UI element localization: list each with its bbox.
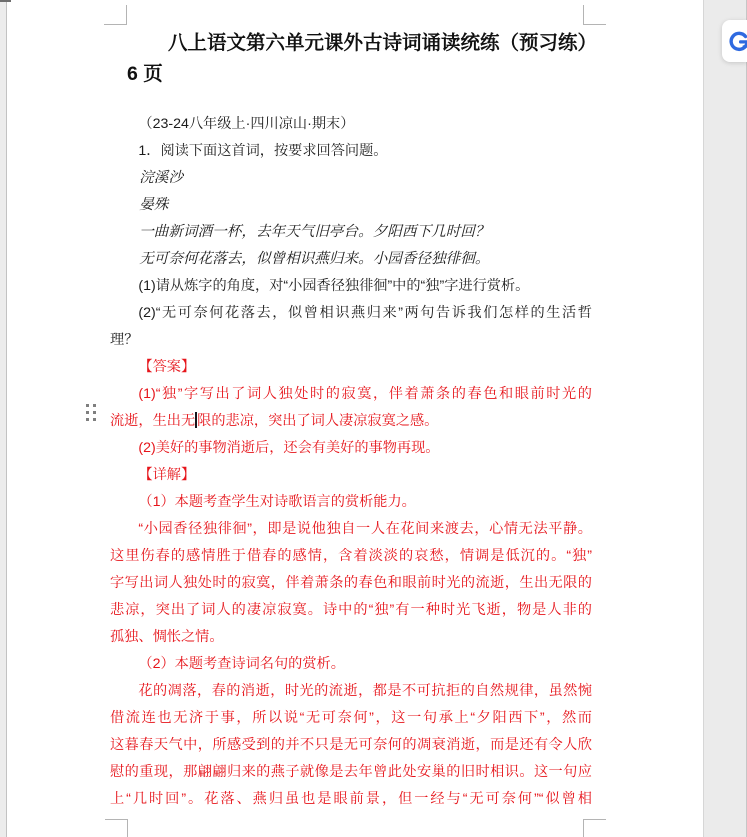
text-line: 浣溪沙 <box>110 165 592 192</box>
text-line: (1)请从炼字的角度，对“小园香径独徘徊”中的“独”字进行赏析。 <box>110 273 592 300</box>
text-line: (2)美好的事物消逝后，还会有美好的事物再现。 <box>110 435 592 462</box>
word-document-view: 八上语文第六单元课外古诗词诵读统练（预习练） 6 页 （23-24八年级上·四川… <box>0 0 747 837</box>
text-line: 无可奈何花落去，似曾相识燕归来。小园香径独徘徊。 <box>110 246 592 273</box>
text-line: 理？ <box>110 327 592 354</box>
text-line: 【详解】 <box>110 462 592 489</box>
text-line: 花的凋落，春的消逝，时光的流逝，都是不可抗拒的自然规律，虽然惋 <box>110 678 592 705</box>
extension-floating-button[interactable] <box>722 20 747 62</box>
text-line: 1．阅读下面这首词，按要求回答问题。 <box>110 138 592 165</box>
text-line: (1)“独”字写出了词人独处时的寂寞，伴着萧条的春色和眼前时光的 <box>110 381 592 408</box>
text-line: 孤独、惆怅之情。 <box>110 624 592 651</box>
text-line: 这暮春天气中，所感受到的并不只是无可奈何的凋衰消逝，而是还有令人欣 <box>110 732 592 759</box>
margin-mark-top-left-icon <box>104 5 127 25</box>
text-line: 一曲新词酒一杯，去年天气旧亭台。夕阳西下几时回？ <box>110 219 592 246</box>
text-line: “小园香径独徘徊”，即是说他独自一人在花间来渡去，心情无法平静。 <box>110 516 592 543</box>
text-line: 【答案】 <box>110 354 592 381</box>
text-line: （1）本题考查学生对诗歌语言的赏析能力。 <box>110 489 592 516</box>
margin-mark-bottom-right-icon <box>583 819 606 837</box>
six-dot-drag-handle-icon[interactable] <box>86 404 97 423</box>
document-title-pagecount: 6 页 <box>127 58 163 86</box>
text-line: （2）本题考查诗词名句的赏析。 <box>110 651 592 678</box>
text-line: 悲凉，突出了词人的凄凉寂寞。诗中的“独”有一种时光飞逝，物是人非的 <box>110 597 592 624</box>
text-line: 流逝，生出无限的悲凉，突出了词人凄凉寂寞之感。 <box>110 408 592 435</box>
text-line: 这里伤春的感情胜于借春的感情，含着淡淡的哀愁，情调是低沉的。“独” <box>110 543 592 570</box>
text-line: （23-24八年级上·四川凉山·期末） <box>110 111 592 138</box>
text-line: 借流连也无济于事，所以说“无可奈何”，这一句承上“夕阳西下”，然而 <box>110 705 592 732</box>
document-body[interactable]: （23-24八年级上·四川凉山·期末）1．阅读下面这首词，按要求回答问题。浣溪沙… <box>110 111 592 813</box>
margin-mark-top-right-icon <box>583 5 606 25</box>
document-title: 八上语文第六单元课外古诗词诵读统练（预习练） <box>168 27 597 55</box>
text-line: 晏殊 <box>110 192 592 219</box>
text-line: 字写出词人独处时的寂寞，伴着萧条的春色和眼前时光的流逝，生出无限的 <box>110 570 592 597</box>
text-line: 上“几时回”。花落、燕归虽也是眼前景，但一经与“无可奈何”“似曾相 <box>110 786 592 813</box>
text-before-cursor: 流逝，生出无 <box>110 413 195 429</box>
window-corner-artifact <box>0 0 11 2</box>
document-canvas-background <box>703 0 747 837</box>
text-line: 慰的重现，那翩翩归来的燕子就像是去年曾此处安巢的旧时相识。这一句应 <box>110 759 592 786</box>
left-page-edge <box>0 0 7 837</box>
text-line: (2)“无可奈何花落去，似曾相识燕归来”两句告诉我们怎样的生活哲 <box>110 300 592 327</box>
margin-mark-bottom-left-icon <box>105 819 128 837</box>
g-logo-icon <box>727 30 747 54</box>
text-after-cursor: 限的悲凉，突出了词人凄凉寂寞之感。 <box>197 413 438 429</box>
